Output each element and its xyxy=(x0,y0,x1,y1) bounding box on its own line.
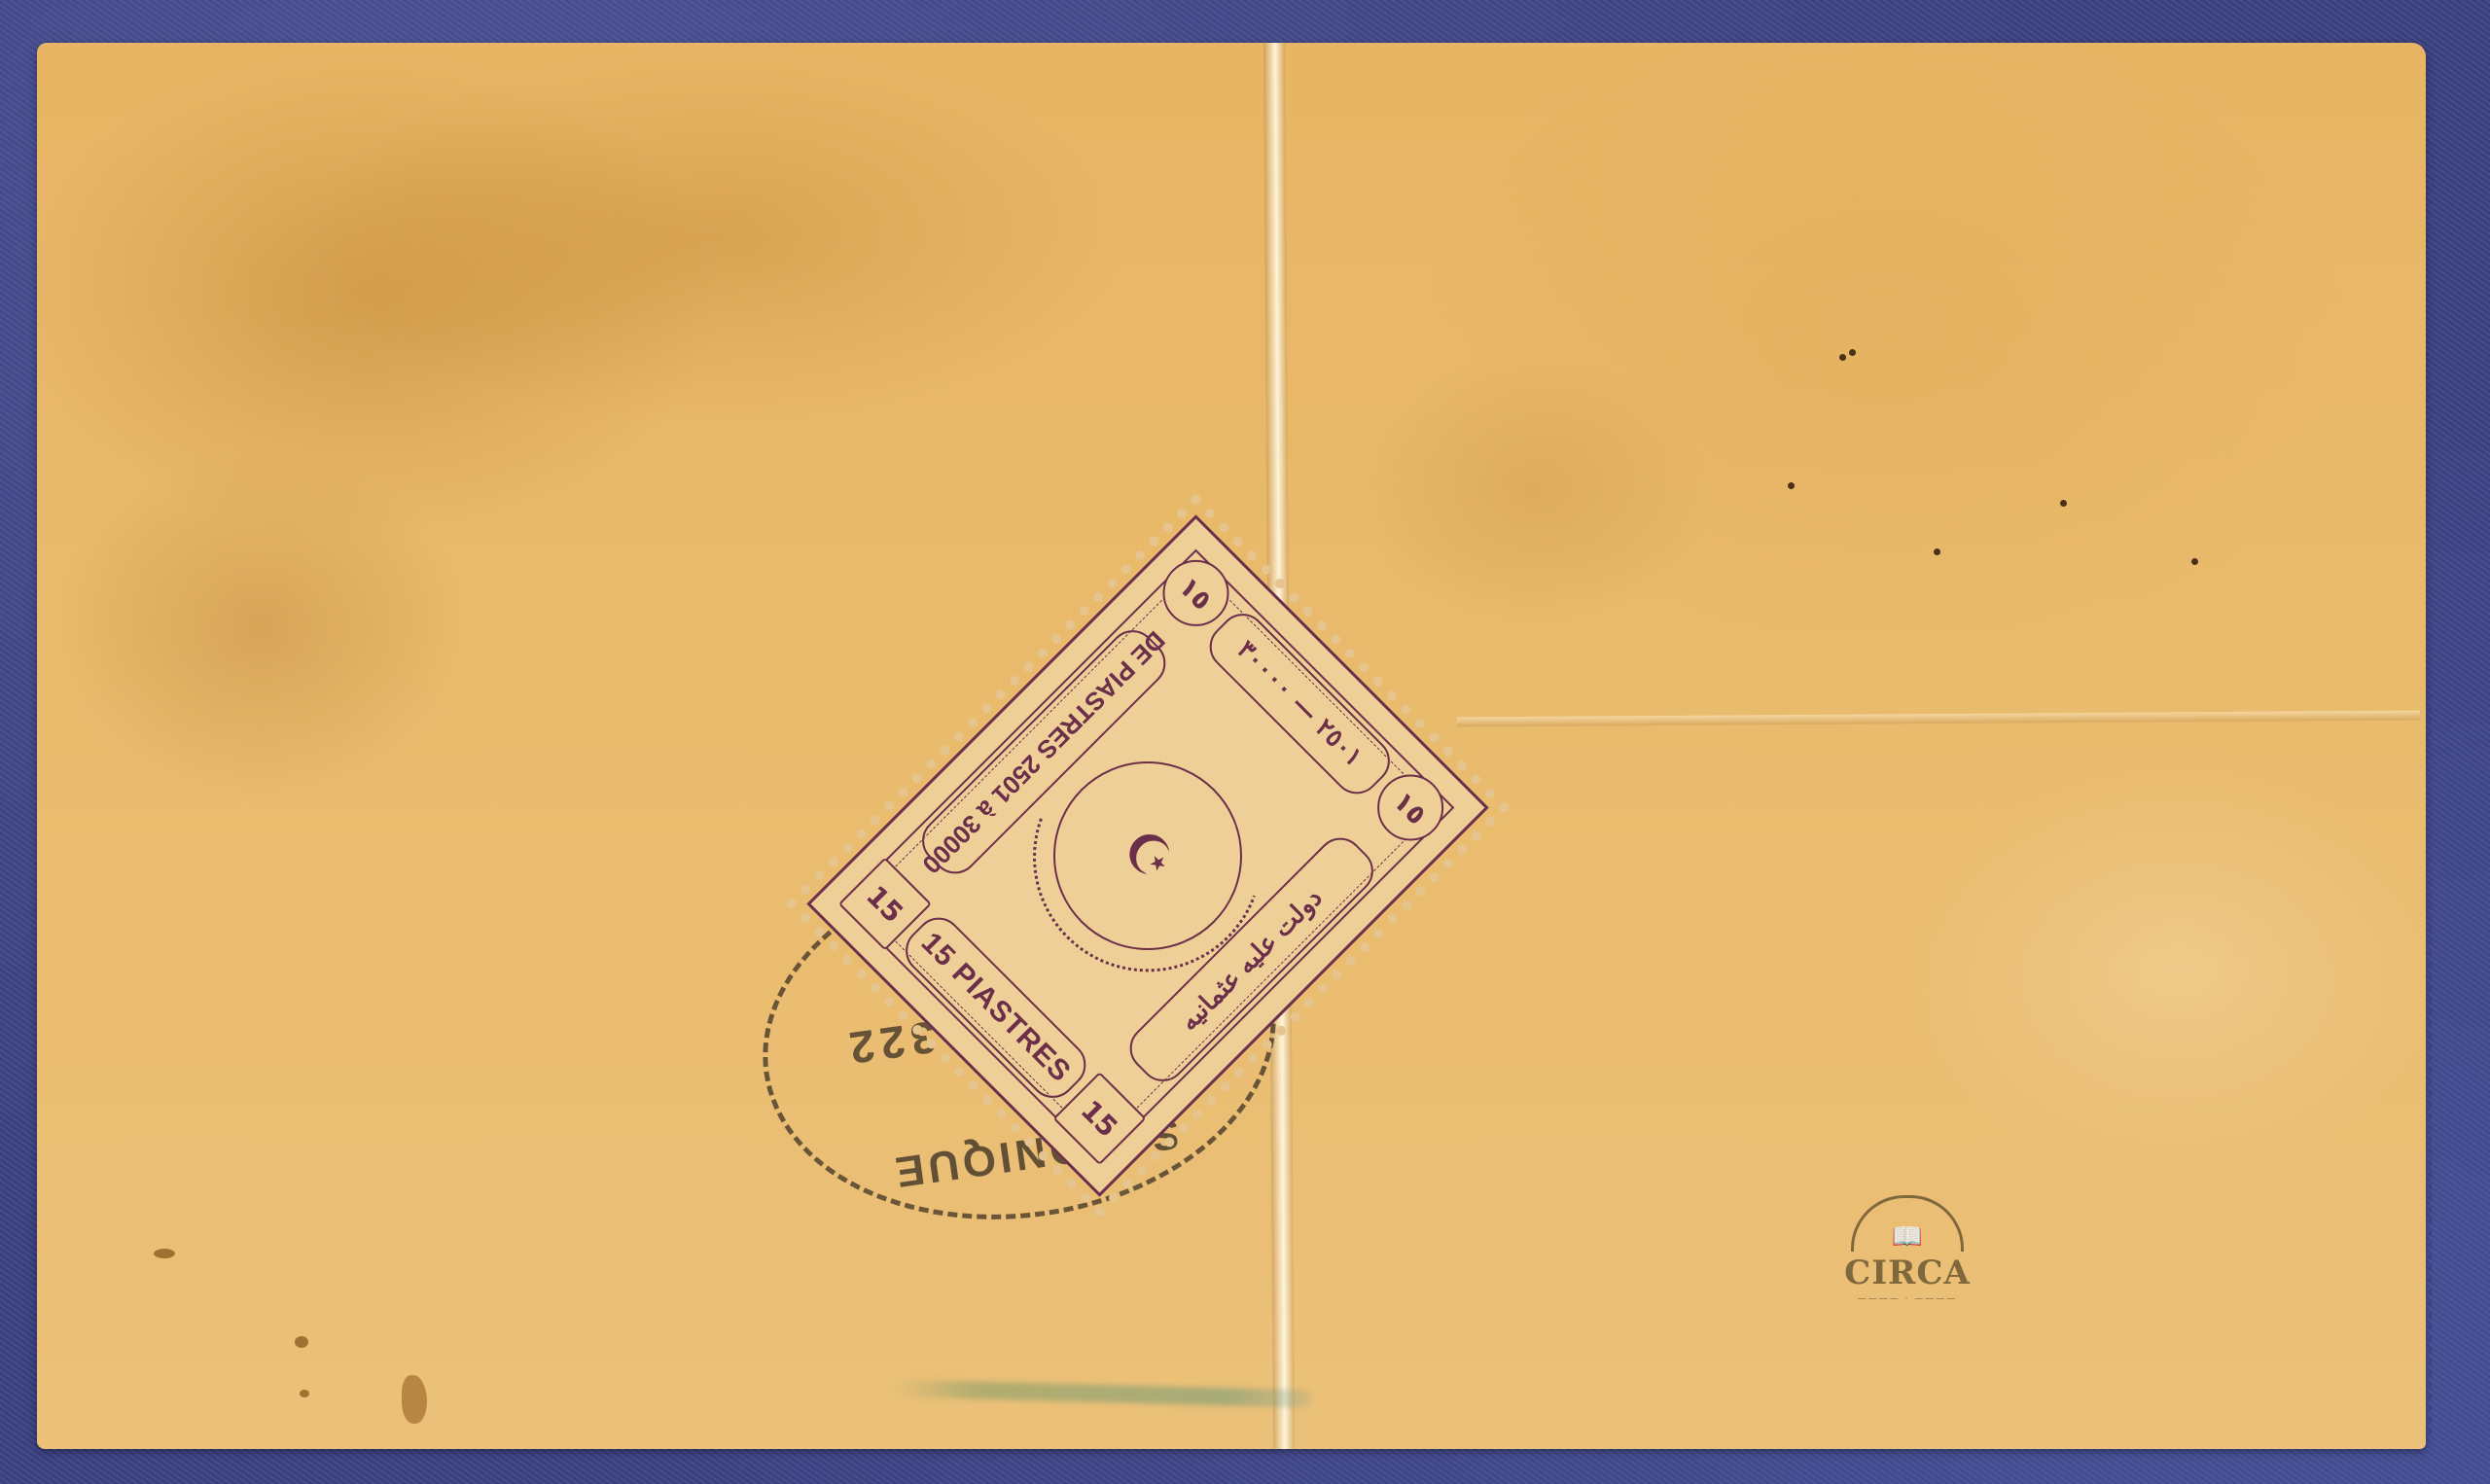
pin-hole xyxy=(1849,349,1856,356)
circa-watermark-logo: 📖 CIRCA ———— · ———— xyxy=(1834,1195,1980,1304)
green-ink-mark xyxy=(893,1379,1311,1407)
ink-stain xyxy=(295,1336,308,1348)
pin-hole xyxy=(1839,354,1846,361)
logo-arc: 📖 xyxy=(1851,1195,1964,1252)
ink-stain xyxy=(402,1375,427,1424)
logo-divider: ———— · ———— xyxy=(1834,1294,1980,1304)
horizontal-fold-crease xyxy=(1457,711,2420,727)
logo-brand: CIRCA xyxy=(1834,1254,1980,1292)
perforated-edge xyxy=(2422,72,2432,1433)
ink-stain xyxy=(300,1390,309,1397)
ink-stain xyxy=(154,1249,175,1258)
open-book-icon: 📖 xyxy=(1892,1224,1923,1250)
pin-hole xyxy=(1934,548,1940,555)
pin-hole xyxy=(1788,482,1795,489)
pin-hole xyxy=(2060,500,2067,507)
pin-hole xyxy=(2191,558,2198,565)
